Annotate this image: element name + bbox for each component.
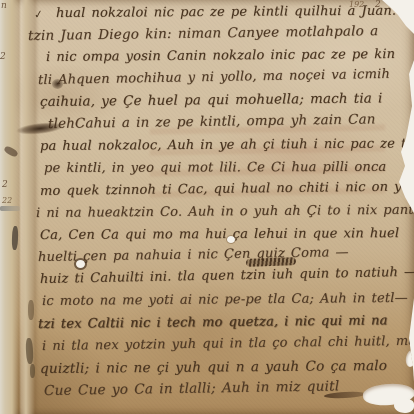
ink-blot <box>52 79 63 89</box>
worm-hole <box>76 260 85 268</box>
margin-gray-mark <box>0 206 20 211</box>
manuscript-line: Cue Cue yo Ca in tlalli; Auh in miz quit… <box>44 374 412 402</box>
margin-mark: 2 <box>0 52 6 62</box>
manuscript-line: mo quek tzinnoh ti Cac, qui hual no chit… <box>40 176 412 203</box>
manuscript-line: i ni tla nex yotzin yuh qui in tla ço ch… <box>42 331 412 358</box>
manuscript-line: tlehCahui a in ze pe kintli, ompa yh zai… <box>48 109 412 136</box>
manuscript-paper: n 2 2 22 192 2 ✓ hual nokzaloi nic pac z… <box>0 0 414 414</box>
manuscript-line: pa hual nokzaloc, Auh in ye ah çi tiuh i… <box>40 134 412 159</box>
margin-mark: 2 <box>2 180 8 190</box>
handwritten-text-block: hual nokzaloi nic pac ze pe kintli quilh… <box>40 3 412 402</box>
manuscript-line: i ni na hueaktzin Co. Auh in o yuh ah Çi… <box>36 199 412 224</box>
manuscript-line: tzin Juan Diego kin: niman Canyee motlah… <box>28 20 412 48</box>
manuscript-photo: n 2 2 22 192 2 ✓ hual nokzaloi nic pac z… <box>0 0 414 414</box>
binding-stain <box>30 364 35 378</box>
paper-tear <box>394 399 414 413</box>
margin-mark: 22 <box>2 196 12 205</box>
margin-mark: n <box>1 1 7 11</box>
binding-stain <box>28 300 34 320</box>
worm-hole <box>227 236 235 243</box>
